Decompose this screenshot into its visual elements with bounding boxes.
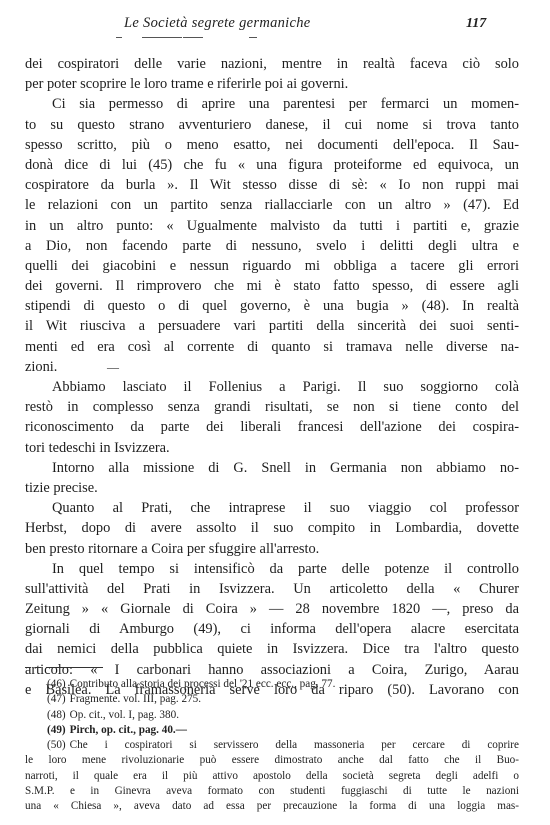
footnote-49: (49)Pirch, op. cit., pag. 40.— — [25, 723, 519, 738]
running-title: Le Società segrete germaniche — [124, 15, 311, 32]
text-fragment: zioni. — [25, 359, 57, 375]
text-line: Zeitung » « Giornale di Coira » — 28 nov… — [25, 599, 519, 619]
text-line: in un altro punto: « Ugualmente malvisto… — [25, 216, 519, 236]
text-line: Herbst, dopo di avere assolto il suo com… — [25, 518, 519, 538]
text-line: giornali di Amburgo (49), ci informa del… — [25, 619, 519, 639]
footnote-number: (48) — [47, 709, 66, 721]
footnote-50-continuation: le loro mene rivoluzionarie può essere d… — [25, 753, 519, 768]
text-line: cospiratore da burla ». Il Wit stesso di… — [25, 175, 519, 195]
text-line: stipendi di questo o di quel governo, è … — [25, 296, 519, 316]
footnote-separator — [25, 667, 103, 668]
footnote-50-continuation: S.M.P. e in Ginevra aveva formato con st… — [25, 784, 519, 799]
text-line: menti ed era così al corrente di quanto … — [25, 337, 519, 357]
footnote-48: (48)Op. cit., vol. I, pag. 380. — [25, 708, 519, 723]
footnote-text: Contributo alla storia dei processi del … — [70, 678, 336, 690]
text-line: restò in complesso senza grandi risultat… — [25, 397, 519, 417]
text-line: tizie precise. — [25, 478, 519, 498]
header-rule-segment — [249, 37, 257, 38]
body-text: dei cospiratori delle varie nazioni, men… — [25, 54, 519, 700]
footnote-number: (46) — [47, 678, 66, 690]
text-line: dei cospiratori delle varie nazioni, men… — [25, 54, 519, 74]
footnote-number: (47) — [47, 693, 66, 705]
paragraph-start: Ci sia permesso di aprire una parentesi … — [25, 94, 519, 114]
header-rule-segment — [116, 37, 122, 38]
text-line: dai nemici della pubblica quiete in Isvi… — [25, 639, 519, 659]
text-line: ben presto ritornare a Coira per sfuggir… — [25, 539, 519, 559]
book-page: Le Società segrete germaniche 117 dei co… — [0, 0, 550, 825]
running-head: Le Società segrete germaniche 117 — [0, 15, 550, 37]
footnote-47: (47)Fragmente. vol. III, pag. 275. — [25, 692, 519, 707]
footnote-46: (46)Contributo alla storia dei processi … — [25, 677, 519, 692]
header-rule-segment — [183, 37, 203, 38]
footnote-50-continuation: narroti, il quale era il più attivo apos… — [25, 769, 519, 784]
text-line: sull'attività del Prati in Isvizzera. Un… — [25, 579, 519, 599]
footnote-text: Op. cit., vol. I, pag. 380. — [70, 709, 179, 721]
text-line: riconoscimento da parte dei liberali fra… — [25, 417, 519, 437]
footnote-number: (50) — [47, 739, 66, 751]
paragraph-start: Quanto al Prati, che intraprese il suo v… — [25, 498, 519, 518]
paragraph-start: Abbiamo lasciato il Follenius a Parigi. … — [25, 377, 519, 397]
footnote-number: (49) — [47, 724, 66, 736]
text-line: dei governi. Il rimprovero che mi è stat… — [25, 276, 519, 296]
footnote-text: Che i cospiratori si servissero della ma… — [70, 739, 519, 751]
text-line: il Wit riusciva a persuadere vari partit… — [25, 316, 519, 336]
text-line: zioni. — — [25, 357, 519, 377]
text-line: a Dio, non facendo parte di nessuno, sve… — [25, 236, 519, 256]
footnotes: (46)Contributo alla storia dei processi … — [25, 677, 519, 815]
text-line: le relazioni con un partito senza rialla… — [25, 195, 519, 215]
footnote-text: Fragmente. vol. III, pag. 275. — [70, 693, 201, 705]
footnote-text: Pirch, op. cit., pag. 40.— — [70, 724, 187, 736]
text-line: donà dice di lui (45) che fu « una figur… — [25, 155, 519, 175]
text-line: tori tedeschi in Isvizzera. — [25, 438, 519, 458]
text-line: quelli dei giacobini e nessun riguardo m… — [25, 256, 519, 276]
paragraph-start: In quel tempo si intensificò da parte de… — [25, 559, 519, 579]
section-break-mark: — — [107, 357, 119, 377]
footnote-50: (50)Che i cospiratori si servissero dell… — [25, 738, 519, 753]
text-line: per poter scoprire le loro trame e rifer… — [25, 74, 519, 94]
header-rule-segment — [142, 37, 182, 38]
paragraph-start: Intorno alla missione di G. Snell in Ger… — [25, 458, 519, 478]
text-line: to su questo strano avventuriero danese,… — [25, 115, 519, 135]
page-number: 117 — [466, 16, 486, 32]
footnote-50-continuation: una « Chiesa », aveva dato ad essa per p… — [25, 799, 519, 814]
text-line: spesso scritto, più o meno esatto, nei d… — [25, 135, 519, 155]
